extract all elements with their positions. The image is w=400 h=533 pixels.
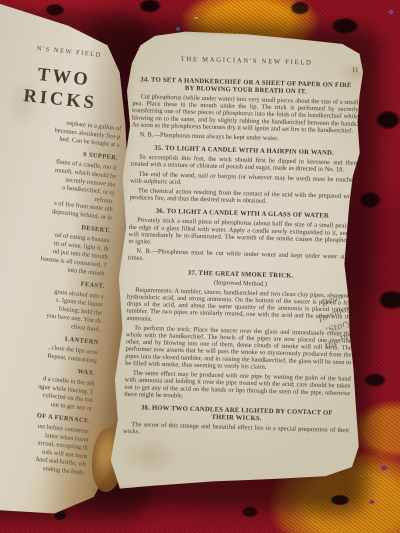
left-page-line: s of fire from some oth: [0, 191, 113, 214]
page-text-block: 34. TO SET A HANDKERCHIEF OR A SHEET OF …: [140, 75, 352, 96]
left-page-line: banana is all consumed. T: [0, 247, 107, 270]
left-page-line: its of wine, light it, th: [0, 230, 109, 253]
left-page-line: hard and brittle, wh: [0, 446, 86, 469]
left-page-line: nd put into the mouth: [0, 239, 108, 262]
page-text-block: N. B.—Phosphorus must always be kept und…: [131, 131, 357, 144]
right-page-header: THE MAGICIAN'S NEW FIELD 11: [133, 53, 359, 74]
left-page-line: ust before commenc: [0, 413, 90, 436]
left-page-line: DESERT.: [0, 212, 111, 235]
left-page-line: grain alcohol into a: [0, 278, 104, 301]
left-page-line: osphate in a gallon of: [0, 110, 122, 133]
left-page-line: , close the lips arou: [0, 334, 98, 357]
left-page-line: flame of a candle, too fr: [0, 150, 118, 173]
left-page-line: WAX.: [0, 355, 96, 378]
right-page-text: THE MAGICIAN'S NEW FIELD 11 34. TO SET A…: [123, 53, 360, 441]
page-text-block: To perform the trick: Place the saucer o…: [125, 324, 352, 373]
left-page-line: latter when burnt: [0, 421, 89, 444]
page-text-block: The chemical action resulting from the c…: [130, 187, 356, 208]
left-page-line: ending the body.: [0, 454, 86, 477]
right-page-content: THE MAGICIAN'S NEW FIELD 11 34. TO SET A…: [122, 53, 360, 493]
page-text-block: Privately stick a small piece of phospho…: [128, 216, 355, 251]
left-page-line: ellent food.: [0, 311, 101, 334]
page-text-block: N. B.—Phosphorus must be cut while under…: [128, 247, 354, 268]
page-text-block: To accomplish this feat, the wick should…: [131, 153, 357, 174]
left-page-line: arcoal, excepting th: [0, 429, 88, 452]
left-page-line: mouth, which should be: [0, 158, 117, 181]
left-page-line: blazing; hold the: [0, 295, 102, 318]
left-page-line: depositing behind, or is: [0, 199, 112, 222]
page-text-block: 36. TO LIGHT A CANDLE WITH A GLASS OF WA…: [136, 206, 348, 219]
left-page-line: S SUPPER.: [0, 139, 119, 162]
page-text-block: (Improved Method.): [127, 276, 353, 289]
page-text-block: 37. THE GREAT SMOKE TRICK.: [135, 267, 347, 280]
page-text-block: The end of the wand, nail or hairpin (or…: [130, 170, 356, 191]
left-page-line: Repeat, contracting: [0, 342, 97, 365]
page-text-block: Cut phosphorus (while under water) into …: [132, 93, 359, 135]
left-page-line: od of eating a banana: [0, 222, 110, 245]
left-page-line: you have one. You sh: [0, 303, 101, 326]
page-text-block: Requirements: A tumbler, saucer, handker…: [126, 286, 353, 328]
left-page-line: not to get any at: [0, 390, 92, 413]
left-page-line: into the mouth.: [0, 255, 106, 278]
page-text-block: The secret of this strange and beautiful…: [123, 420, 349, 441]
left-page-line: oals will not burn: [0, 438, 87, 461]
page-text-block: 38. HOW TWO CANDLES ARE LIGHTED BY CONTA…: [131, 403, 343, 424]
right-page: THE MAGICIAN'S NEW FIELD 11 34. TO SET A…: [96, 24, 379, 499]
trick-sections: 34. TO SET A HANDKERCHIEF OR A SHEET OF …: [123, 75, 359, 441]
left-page-line: FEAST.: [0, 268, 105, 291]
left-page-line: becomes absolutely fire-p: [0, 118, 121, 141]
left-page-line: s. Ignite the liquor: [0, 286, 103, 309]
left-page-line: d a candle in the oth: [0, 365, 95, 388]
left-page-line: collected on the ton: [0, 382, 93, 405]
left-page-line: secretly remove the: [0, 166, 116, 189]
running-header: THE MAGICIAN'S NEW FIELD: [181, 55, 313, 66]
left-page-line: a handkerchief, or ej: [0, 174, 115, 197]
left-page-line: refrom.: [0, 183, 114, 206]
left-page-line: ngue while blazing. T: [0, 373, 94, 396]
page-text-block: The same effect may be produced with one…: [124, 369, 351, 404]
left-page-line: OF A FURNACE.: [0, 403, 91, 426]
left-page-line: hed. Can be bought at a: [0, 127, 120, 150]
page-text-block: 35. TO LIGHT A CANDLE WITH A HAIRPIN OR …: [138, 143, 350, 156]
book-photo: N'S NEW FIELD TWO RICKS osphate in a gal…: [0, 0, 400, 533]
page-number: 11: [352, 66, 359, 74]
left-page-line: LANTERN: [0, 324, 99, 347]
